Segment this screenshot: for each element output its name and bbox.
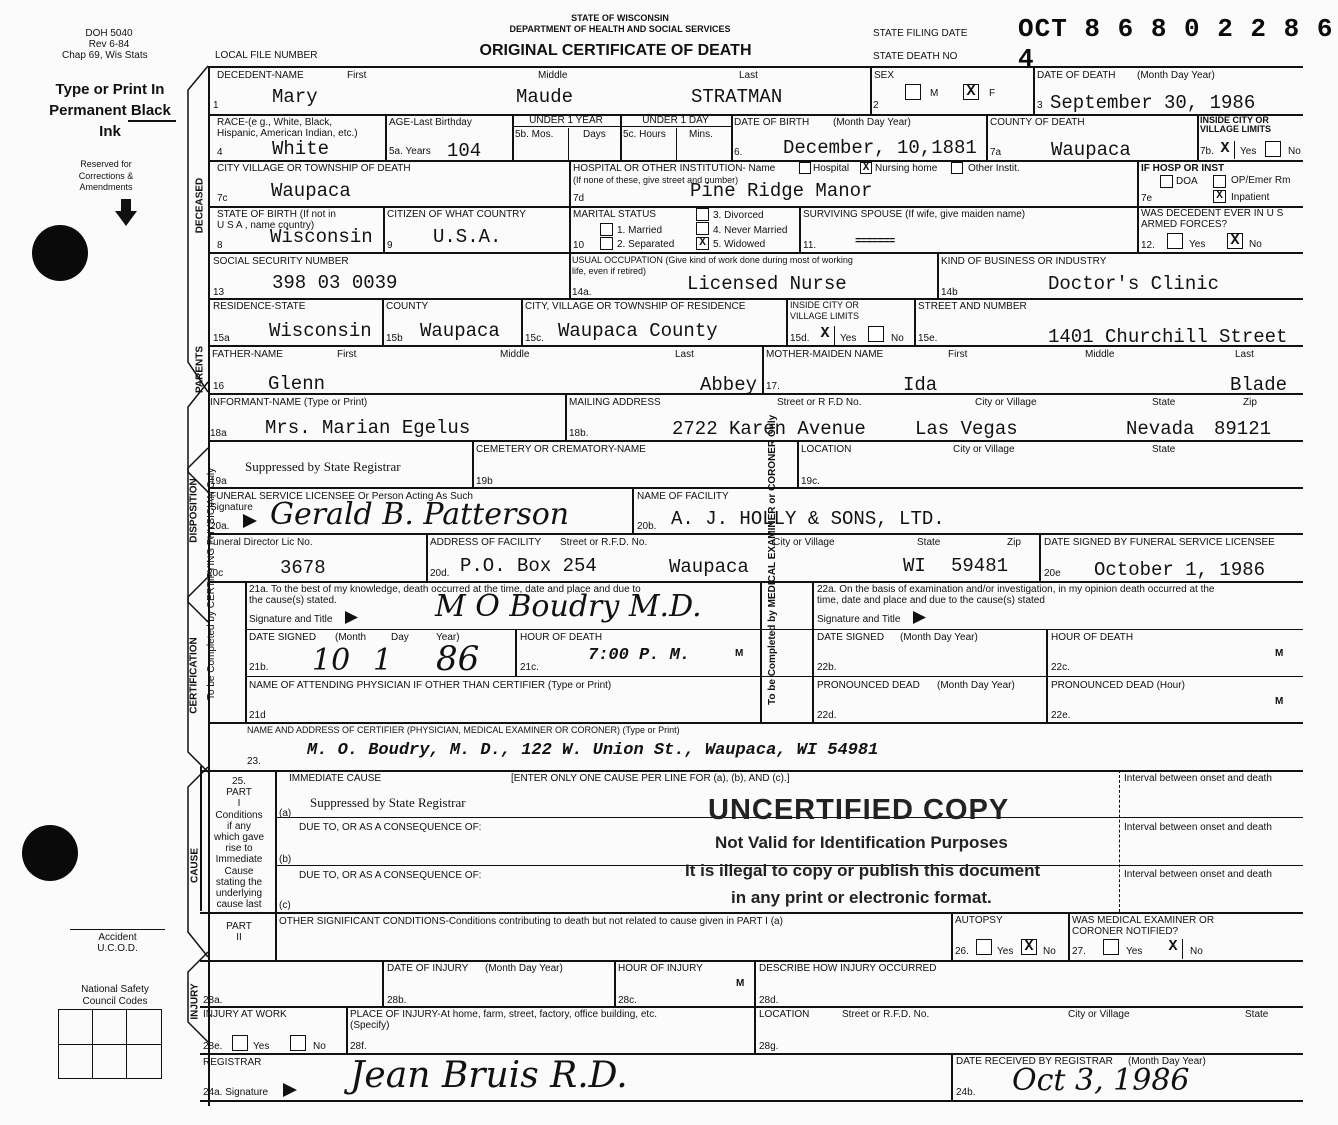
mother-first-name[interactable]: Ida: [903, 376, 937, 395]
residence-state-value[interactable]: Wisconsin: [269, 322, 372, 341]
autopsy-yes-checkbox[interactable]: [976, 939, 992, 955]
arrow-right-icon: [345, 611, 358, 624]
inst-hospital-checkbox[interactable]: [799, 162, 811, 174]
facility-street-value[interactable]: P.O. Box 254: [460, 557, 597, 576]
autopsy-no-checkbox[interactable]: X: [1021, 939, 1037, 955]
inst-nursing-checkbox[interactable]: X: [860, 162, 872, 174]
facility-state-value[interactable]: WI: [903, 557, 926, 576]
father-last-name[interactable]: Abbey: [700, 376, 757, 395]
underline: [128, 120, 176, 122]
nsc-label-1: National Safety: [60, 984, 170, 995]
reserved-line-3: Amendments: [66, 183, 146, 193]
injury-at-work-no-checkbox[interactable]: [290, 1035, 306, 1051]
page-title: ORIGINAL CERTIFICATE OF DEATH: [458, 42, 773, 60]
nsc-cell[interactable]: [58, 1009, 93, 1045]
date-signed-day[interactable]: 1: [373, 646, 392, 676]
informant-name-value[interactable]: Mrs. Marian Egelus: [265, 419, 470, 438]
binder-hole-top: [32, 225, 88, 281]
me-notified-no-checkbox[interactable]: X: [1165, 939, 1181, 955]
facility-zip-value[interactable]: 59481: [951, 557, 1008, 576]
form-state: STATE OF WISCONSIN: [485, 14, 755, 24]
date-of-death-value[interactable]: September 30, 1986: [1050, 94, 1255, 113]
institution-value[interactable]: Pine Ridge Manor: [690, 182, 872, 201]
interval-label: Interval between onset and death: [1124, 822, 1272, 833]
form-department: DEPARTMENT OF HEALTH AND SOCIAL SERVICES: [470, 25, 770, 35]
nsc-cell[interactable]: [58, 1044, 93, 1079]
sex-m-checkbox[interactable]: [905, 84, 921, 100]
state-of-birth-value[interactable]: Wisconsin: [270, 228, 373, 247]
informant-zip-value[interactable]: 89121: [1214, 420, 1271, 439]
interval-label: Interval between onset and death: [1124, 869, 1272, 880]
mother-last-name[interactable]: Blade: [1230, 376, 1287, 395]
me-notified-yes-checkbox[interactable]: [1103, 939, 1119, 955]
marital-separated-checkbox[interactable]: [600, 237, 613, 250]
res-inside-no-checkbox[interactable]: [868, 326, 884, 342]
nsc-label-2: Council Codes: [60, 996, 170, 1007]
certifier-value[interactable]: M. O. Boudry, M. D., 122 W. Union St., W…: [307, 742, 878, 759]
op-emer-checkbox[interactable]: [1213, 175, 1226, 188]
date-received-value[interactable]: Oct 3, 1986: [1012, 1066, 1190, 1096]
city-of-death-value[interactable]: Waupaca: [271, 182, 351, 201]
race-value[interactable]: White: [272, 140, 329, 159]
spouse-value[interactable]: =======: [855, 236, 894, 248]
instruction-line-3: Ink: [40, 124, 180, 141]
ssn-value[interactable]: 398 03 0039: [272, 274, 397, 293]
state-death-no-label: STATE DEATH NO: [873, 51, 957, 62]
state-filing-date-label: STATE FILING DATE: [873, 28, 967, 39]
hour-of-death-value[interactable]: 7:00 P. M.: [588, 647, 690, 664]
physician-signature[interactable]: M O Boudry M.D.: [435, 592, 702, 622]
accident-line: [70, 929, 165, 930]
facility-name-value[interactable]: A. J. HOLLY & SONS, LTD.: [671, 510, 945, 529]
local-file-number-label: LOCAL FILE NUMBER: [215, 50, 317, 61]
decedent-last-name[interactable]: STRATMAN: [691, 88, 782, 107]
business-value[interactable]: Doctor's Clinic: [1048, 275, 1219, 294]
street-value[interactable]: 1401 Churchill Street: [1048, 328, 1287, 347]
arrow-right-icon: [243, 514, 257, 528]
date-signed-year[interactable]: 86: [436, 642, 479, 676]
marital-never-married-checkbox[interactable]: [696, 222, 709, 235]
armed-yes-checkbox[interactable]: [1167, 233, 1183, 249]
inpatient-checkbox[interactable]: X: [1213, 190, 1226, 203]
funeral-date-signed-value[interactable]: October 1, 1986: [1094, 561, 1265, 580]
father-first-name[interactable]: Glenn: [268, 375, 325, 394]
marital-widowed-checkbox[interactable]: X: [696, 237, 709, 250]
injury-at-work-yes-checkbox[interactable]: [232, 1035, 248, 1051]
inside-city-yes-checkbox[interactable]: X: [1217, 141, 1233, 157]
inst-other-checkbox[interactable]: [951, 162, 963, 174]
accident-label-1: Accident: [70, 932, 165, 943]
arrow-down-icon: [114, 199, 138, 227]
date-signed-month[interactable]: 10: [312, 646, 350, 676]
interval-label: Interval between onset and death: [1124, 773, 1272, 784]
nsc-cell[interactable]: [92, 1009, 127, 1045]
licensee-signature[interactable]: Gerald B. Patterson: [270, 500, 569, 530]
decedent-middle-name[interactable]: Maude: [516, 88, 573, 107]
res-inside-yes-checkbox[interactable]: X: [817, 326, 833, 342]
arrow-right-icon: [913, 611, 926, 624]
informant-city-value[interactable]: Las Vegas: [915, 420, 1018, 439]
county-of-death-value[interactable]: Waupaca: [1051, 141, 1131, 160]
reserved-line-1: Reserved for: [66, 160, 146, 170]
marital-married-checkbox[interactable]: [600, 223, 613, 236]
instruction-line-1: Type or Print In: [40, 82, 180, 99]
nsc-cell[interactable]: [126, 1044, 162, 1079]
informant-state-value[interactable]: Nevada: [1126, 420, 1194, 439]
age-value[interactable]: 104: [447, 142, 481, 161]
residence-city-value[interactable]: Waupaca County: [558, 322, 718, 341]
form-number: DOH 5040: [84, 28, 134, 39]
form-revision: Rev 6-84: [84, 39, 134, 50]
license-value[interactable]: 3678: [280, 559, 326, 578]
citizenship-value[interactable]: U.S.A.: [433, 228, 501, 247]
binder-hole-bottom: [22, 825, 78, 881]
inside-city-no-checkbox[interactable]: [1265, 141, 1281, 157]
reserved-line-2: Corrections &: [66, 172, 146, 182]
me-side-label: To be Completed by MEDICAL EXAMINER or C…: [768, 585, 779, 705]
armed-no-checkbox[interactable]: X: [1227, 233, 1243, 249]
form-statute: Chap 69, Wis Stats: [62, 50, 148, 61]
decedent-first-name[interactable]: Mary: [272, 88, 318, 107]
state-stamp-number: OCT 8 6 8 0 2 2 8 6 4: [1018, 14, 1338, 74]
arrow-right-icon: [283, 1083, 297, 1097]
accident-label-2: U.C.O.D.: [70, 943, 165, 954]
suppressed-notice: Suppressed by State Registrar: [245, 459, 401, 475]
nsc-cell[interactable]: [126, 1009, 162, 1045]
doa-checkbox[interactable]: [1160, 175, 1173, 188]
immediate-cause-value[interactable]: Suppressed by State Registrar: [310, 795, 466, 811]
facility-city-value[interactable]: Waupaca: [669, 558, 749, 577]
dob-value[interactable]: December, 10,1881: [783, 139, 977, 158]
residence-county-value[interactable]: Waupaca: [420, 322, 500, 341]
occupation-value[interactable]: Licensed Nurse: [687, 275, 847, 294]
registrar-signature[interactable]: Jean Bruis R.D.: [350, 1058, 628, 1094]
marital-divorced-checkbox[interactable]: [696, 208, 709, 221]
nsc-cell[interactable]: [92, 1044, 127, 1079]
instruction-line-2: Permanent Black: [40, 103, 180, 120]
sex-f-checkbox[interactable]: X: [963, 84, 979, 100]
certifier-side-label: To be Completed by CERTIFYING PHYSICIAN …: [207, 585, 218, 700]
